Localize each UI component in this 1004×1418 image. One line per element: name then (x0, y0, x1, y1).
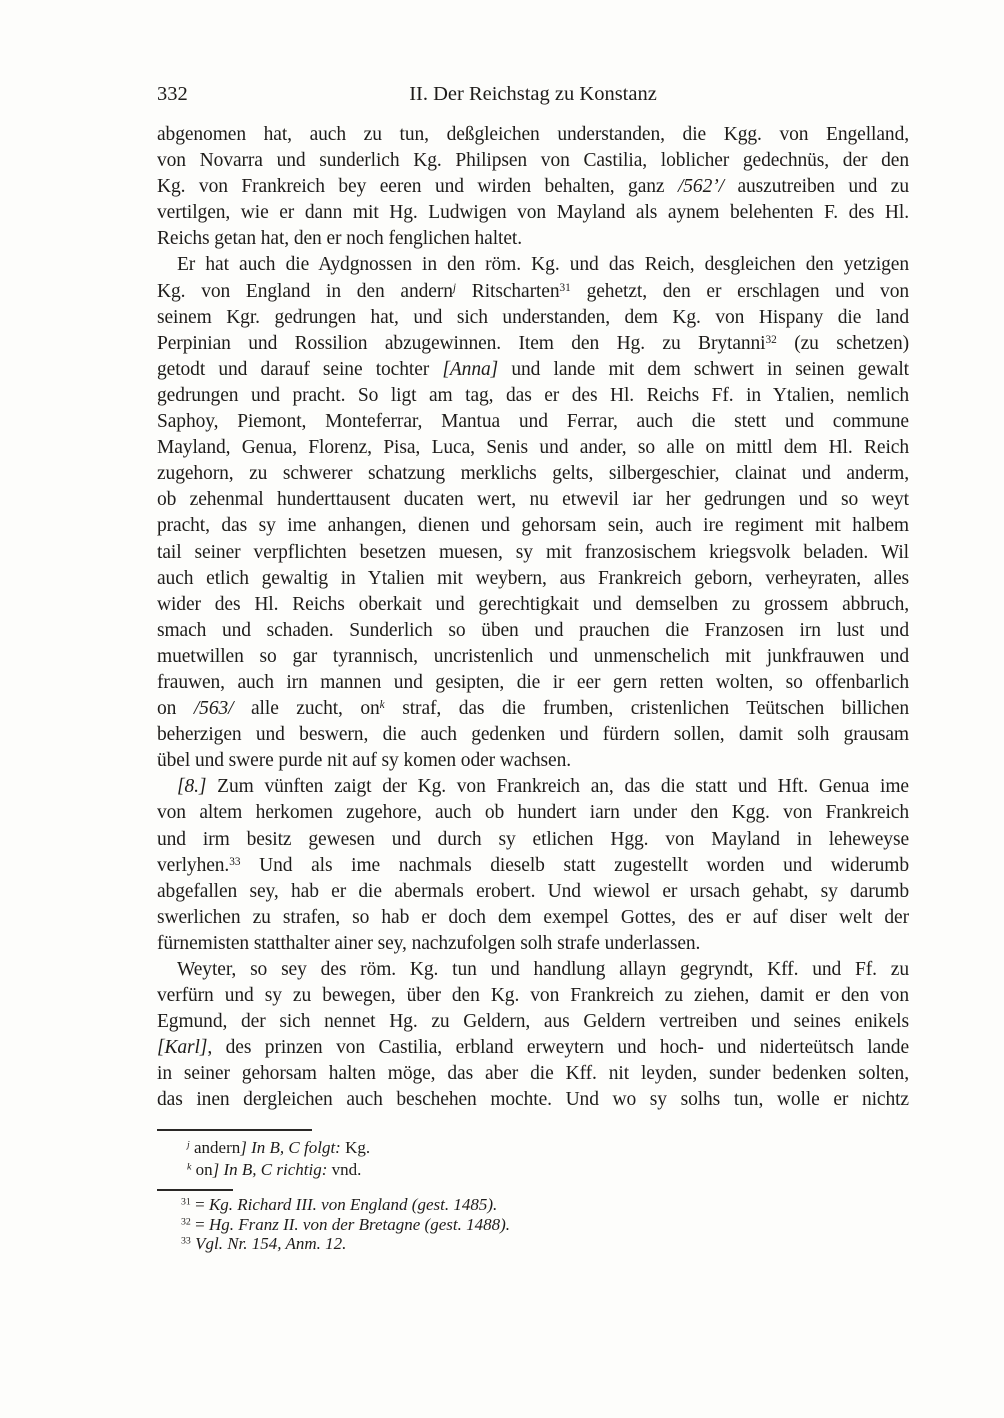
text-line: fürnemisten statthalter ainer sey, nachz… (157, 931, 909, 957)
footnote-marker: 32 (181, 1216, 191, 1227)
text-line: vertilgen, wie er dann mit Hg. Ludwigen … (157, 200, 909, 226)
text-run: seinem Kgr. gedrungen hat, und sich unde… (157, 307, 909, 328)
text-run: gedrungen und pracht. So ligt am tag, da… (157, 385, 909, 406)
text-run: und irm besitz gewesen und durch sy etli… (157, 829, 909, 850)
page-header: 332 II. Der Reichstag zu Konstanz (157, 82, 909, 106)
text-line: muetwillen so gar tyrannisch, uncristenl… (157, 644, 909, 670)
footnote-marker: 31 (181, 1197, 191, 1208)
text-line: beherzigen und beswern, die auch gedenke… (157, 722, 909, 748)
note-line: j andern] In B, C folgt: Kg. (157, 1137, 909, 1159)
text-line: gedrungen und pracht. So ligt am tag, da… (157, 383, 909, 409)
text-run: [8.] (177, 776, 206, 797)
text-run: muetwillen so gar tyrannisch, uncristenl… (157, 646, 909, 667)
text-run: = (191, 1195, 209, 1214)
text-run: (zu schetzen) (777, 333, 909, 354)
text-run: vnd. (327, 1160, 361, 1179)
text-run: abgefallen sey, hab er die abermals erob… (157, 881, 909, 902)
text-line: von Novarra und sunderlich Kg. Philipsen… (157, 148, 909, 174)
text-run: /563/ (194, 698, 234, 719)
text-run: Hg. Franz II. von der Bretagne (gest. 14… (209, 1215, 510, 1234)
body-text: abgenomen hat, auch zu tun, deßgleichen … (157, 122, 909, 1114)
text-line: verlyhen.33 Und als ime nachmals dieselb… (157, 853, 909, 879)
page-number: 332 (157, 82, 188, 106)
text-line: Weyter, so sey des röm. Kg. tun und hand… (157, 957, 909, 983)
text-run: [Anna] (442, 359, 498, 380)
text-run: Zum vünften zaigt der Kg. von Frankreich… (206, 776, 909, 797)
text-run: übel und swere purde nit auf sy komen od… (157, 750, 571, 771)
text-run: gehetzt, den er erschlagen und von (571, 281, 909, 302)
text-run: alle zucht, on (233, 698, 379, 719)
text-line: Kg. von Frankreich bey eeren und wirden … (157, 174, 909, 200)
text-line: Mayland, Genua, Florenz, Pisa, Luca, Sen… (157, 435, 909, 461)
apparatus-separator-rule (157, 1129, 312, 1131)
text-line: übel und swere purde nit auf sy komen od… (157, 748, 909, 774)
text-run: ] In B, C folgt: (240, 1138, 341, 1157)
text-run: ] In B, C richtig: (213, 1160, 328, 1179)
text-run: getodt und darauf seine tochter (157, 359, 442, 380)
text-run: verlyhen. (157, 855, 229, 876)
text-run: straf, das die frumben, cristenlichen Te… (385, 698, 909, 719)
text-run: = (191, 1215, 209, 1234)
text-run: pracht, das sy ime anhangen, dienen und … (157, 515, 909, 536)
text-run: Kg. von Frankreich bey eeren und wirden … (157, 176, 678, 197)
running-header: II. Der Reichstag zu Konstanz (157, 82, 909, 106)
text-line: tail seiner verpflichten besetzen muesen… (157, 540, 909, 566)
text-run: Perpinian und Rossilion abzugewinnen. It… (157, 333, 766, 354)
footnote-separator-rule (157, 1189, 233, 1191)
note-line: 33 Vgl. Nr. 154, Anm. 12. (157, 1234, 909, 1254)
paragraph: Er hat auch die Aydgnossen in den röm. K… (157, 252, 909, 774)
text-line: pracht, das sy ime anhangen, dienen und … (157, 513, 909, 539)
text-run: Kg. Richard III. von England (gest. 1485… (209, 1195, 497, 1214)
text-line: smach und schaden. Sunderlich so üben un… (157, 618, 909, 644)
text-run: von altem herkomen zugehore, auch ob hun… (157, 802, 909, 823)
text-line: Kg. von England in den andernj Ritschart… (157, 279, 909, 305)
text-run: [Karl] (157, 1037, 207, 1058)
text-run: , des prinzen von Castilia, erbland erwe… (207, 1037, 909, 1058)
footnotes: 31 = Kg. Richard III. von England (gest.… (157, 1195, 909, 1254)
text-run: smach und schaden. Sunderlich so üben un… (157, 620, 909, 641)
text-line: frauwen, auch irn mannen und gesipten, d… (157, 670, 909, 696)
text-line: [8.] Zum vünften zaigt der Kg. von Frank… (157, 774, 909, 800)
note-line: 32 = Hg. Franz II. von der Bretagne (ges… (157, 1215, 909, 1235)
text-line: Egmund, der sich nennet Hg. zu Geldern, … (157, 1009, 909, 1035)
footnote-marker: 31 (560, 281, 571, 293)
text-line: abgenomen hat, auch zu tun, deßgleichen … (157, 122, 909, 148)
text-line: Perpinian und Rossilion abzugewinnen. It… (157, 331, 909, 357)
text-line: das inen dergleichen auch beschehen moch… (157, 1087, 909, 1113)
text-run: Weyter, so sey des röm. Kg. tun und hand… (177, 959, 909, 980)
book-page: 332 II. Der Reichstag zu Konstanz abgeno… (0, 0, 1004, 1418)
text-run: Kg. (341, 1138, 370, 1157)
text-run: fürnemisten statthalter ainer sey, nachz… (157, 933, 700, 954)
text-run: das inen dergleichen auch beschehen moch… (157, 1089, 909, 1110)
note-line: k on] In B, C richtig: vnd. (157, 1159, 909, 1181)
paragraph: [8.] Zum vünften zaigt der Kg. von Frank… (157, 774, 909, 957)
paragraph: Weyter, so sey des röm. Kg. tun und hand… (157, 957, 909, 1114)
text-run: Ritscharten (456, 281, 560, 302)
paragraph: abgenomen hat, auch zu tun, deßgleichen … (157, 122, 909, 252)
footnote-marker: 33 (229, 855, 240, 867)
text-line: von altem herkomen zugehore, auch ob hun… (157, 800, 909, 826)
text-run: /562’/ (678, 176, 724, 197)
text-run: Und als ime nachmals dieselb statt zuges… (241, 855, 910, 876)
text-run: in seiner gehorsam halten möge, das aber… (157, 1063, 909, 1084)
critical-apparatus: j andern] In B, C folgt: Kg.k on] In B, … (157, 1137, 909, 1180)
text-run: Er hat auch die Aydgnossen in den röm. K… (177, 254, 909, 275)
text-run: Vgl. Nr. 154, Anm. 12. (195, 1234, 346, 1253)
text-run: beherzigen und beswern, die auch gedenke… (157, 724, 909, 745)
text-run: frauwen, auch irn mannen und gesipten, d… (157, 672, 909, 693)
text-run: auszutreiben und zu (724, 176, 909, 197)
text-run: Egmund, der sich nennet Hg. zu Geldern, … (157, 1011, 909, 1032)
text-run: on (191, 1160, 212, 1179)
text-run: wider des Hl. Reichs oberkait und gerech… (157, 594, 909, 615)
note-line: 31 = Kg. Richard III. von England (gest.… (157, 1195, 909, 1215)
text-line: verfürn und sy zu bewegen, über den Kg. … (157, 983, 909, 1009)
text-run: und lande mit dem schwert in seinen gewa… (498, 359, 909, 380)
text-run: tail seiner verpflichten besetzen muesen… (157, 542, 909, 563)
text-run: Reichs getan hat, den er noch fenglichen… (157, 228, 522, 249)
footnote-marker: 32 (766, 334, 777, 346)
text-run: verfürn und sy zu bewegen, über den Kg. … (157, 985, 909, 1006)
text-run: zugehorn, zu schwerer schatzung merklich… (157, 463, 909, 484)
text-run: Saphoy, Piemont, Monteferrar, Mantua und… (157, 411, 909, 432)
text-line: Reichs getan hat, den er noch fenglichen… (157, 226, 909, 252)
text-line: [Karl], des prinzen von Castilia, erblan… (157, 1035, 909, 1061)
text-line: seinem Kgr. gedrungen hat, und sich unde… (157, 305, 909, 331)
text-line: swerlichen zu strafen, so hab er doch de… (157, 905, 909, 931)
text-run: Kg. von England in den andern (157, 281, 453, 302)
text-run: auch etlich gewaltig in Ytalien mit weyb… (157, 568, 909, 589)
text-run: swerlichen zu strafen, so hab er doch de… (157, 907, 909, 928)
text-line: zugehorn, zu schwerer schatzung merklich… (157, 461, 909, 487)
text-line: getodt und darauf seine tochter [Anna] u… (157, 357, 909, 383)
text-line: abgefallen sey, hab er die abermals erob… (157, 879, 909, 905)
text-line: wider des Hl. Reichs oberkait und gerech… (157, 592, 909, 618)
text-line: Saphoy, Piemont, Monteferrar, Mantua und… (157, 409, 909, 435)
text-line: und irm besitz gewesen und durch sy etli… (157, 827, 909, 853)
text-run: ob zehenmal hunderttausent ducaten wert,… (157, 489, 909, 510)
text-line: Er hat auch die Aydgnossen in den röm. K… (157, 252, 909, 278)
text-run: andern (190, 1138, 241, 1157)
text-run: von Novarra und sunderlich Kg. Philipsen… (157, 150, 909, 171)
text-run: abgenomen hat, auch zu tun, deßgleichen … (157, 124, 909, 145)
text-run: Mayland, Genua, Florenz, Pisa, Luca, Sen… (157, 437, 909, 458)
text-run: vertilgen, wie er dann mit Hg. Ludwigen … (157, 202, 909, 223)
text-line: ob zehenmal hunderttausent ducaten wert,… (157, 487, 909, 513)
text-line: auch etlich gewaltig in Ytalien mit weyb… (157, 566, 909, 592)
text-run: on (157, 698, 194, 719)
footnote-marker: 33 (181, 1236, 191, 1247)
text-line: in seiner gehorsam halten möge, das aber… (157, 1061, 909, 1087)
text-line: on /563/ alle zucht, onk straf, das die … (157, 696, 909, 722)
